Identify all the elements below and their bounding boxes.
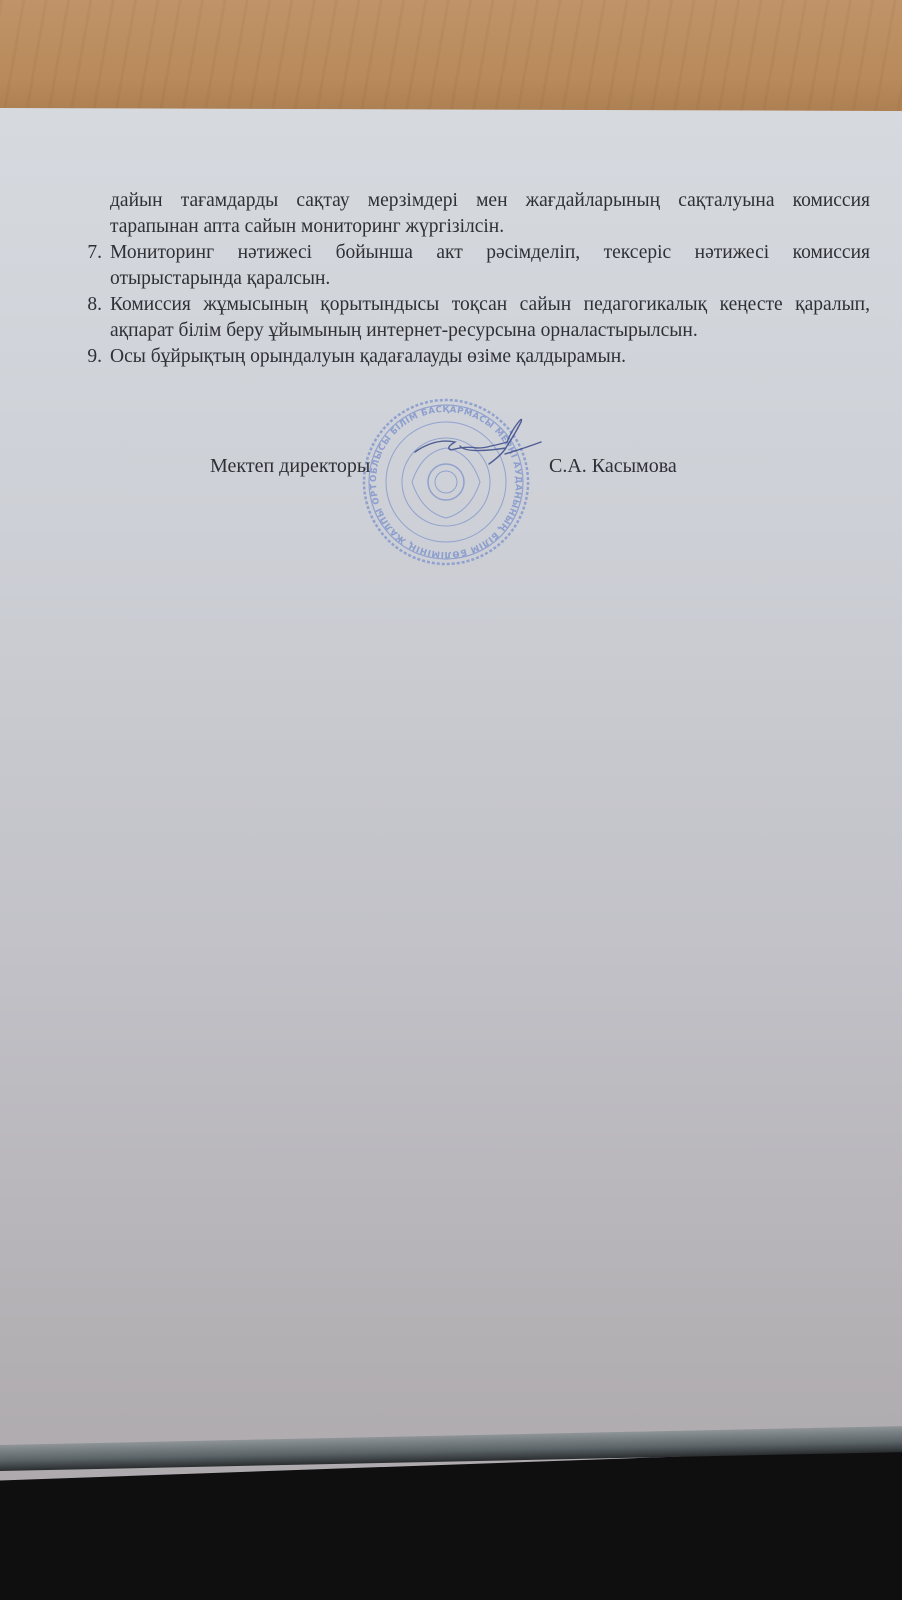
document-body: дайын тағамдарды сақтау мерзімдері мен ж… xyxy=(70,188,870,370)
item-text: Осы бұйрықтың орындалуын қадағалауды өзі… xyxy=(110,344,870,370)
item-text: Комиссия жұмысының қорытындысы тоқсан са… xyxy=(110,292,870,344)
list-item: 9. Осы бұйрықтың орындалуын қадағалауды … xyxy=(70,344,870,370)
item-number: 9. xyxy=(70,344,110,370)
list-item: 8. Комиссия жұмысының қорытындысы тоқсан… xyxy=(70,292,870,344)
item-number: 8. xyxy=(70,292,110,344)
signature-line: Мектеп директоры С.А. Касымова xyxy=(0,455,902,485)
signatory-role: Мектеп директоры xyxy=(210,455,370,478)
list-item: 7. Мониторинг нәтижесі бойынша акт рәсім… xyxy=(70,240,870,292)
item-text: Мониторинг нәтижесі бойынша акт рәсімдел… xyxy=(110,240,870,292)
signatory-name: С.А. Касымова xyxy=(549,455,677,478)
item-number: 7. xyxy=(70,240,110,292)
continued-paragraph: дайын тағамдарды сақтау мерзімдері мен ж… xyxy=(70,188,870,240)
